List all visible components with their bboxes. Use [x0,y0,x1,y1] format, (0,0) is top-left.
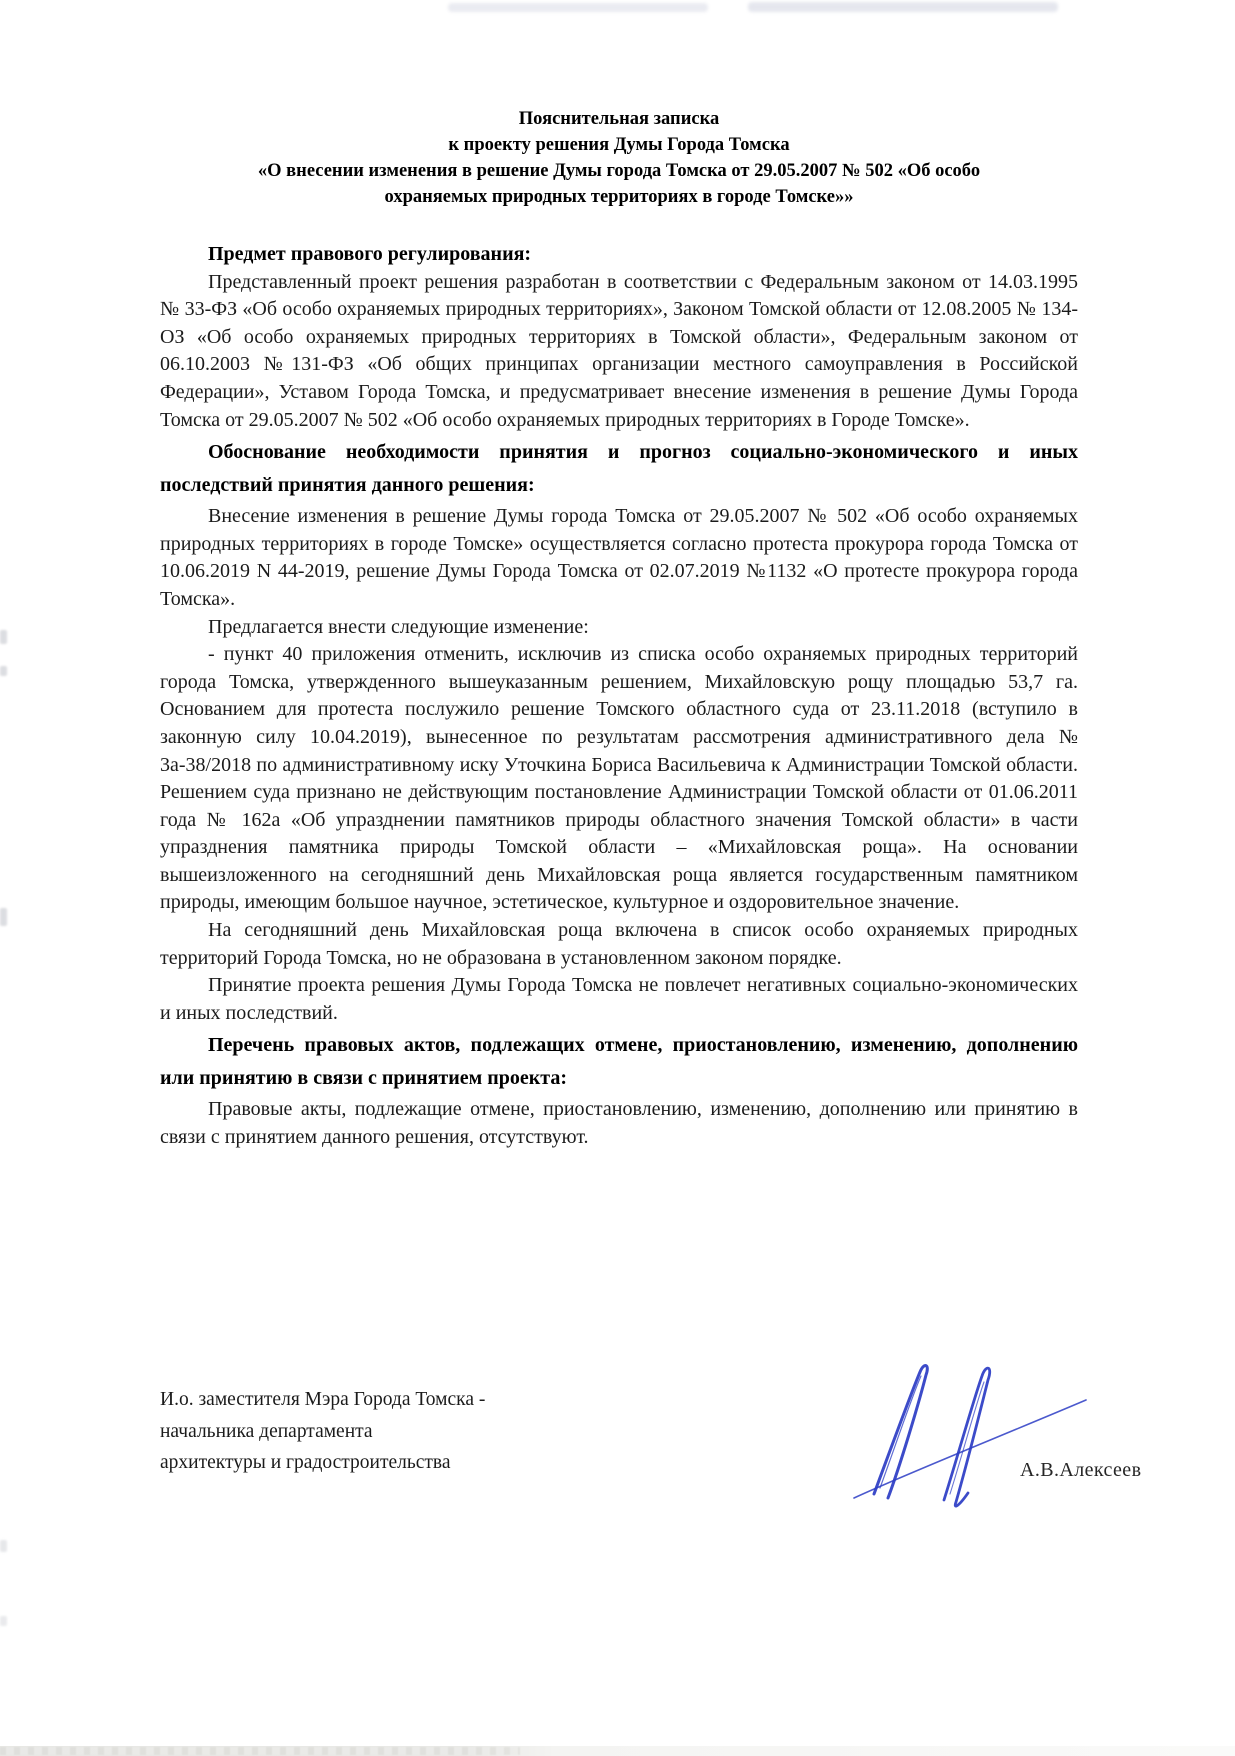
document-paragraph: Перечень правовых актов, подлежащих отме… [160,1029,1078,1094]
scan-artifact-edge [0,908,7,926]
document-paragraph: Принятие проекта решения Думы Города Том… [160,972,1078,1027]
signatory-name: А.В.Алексеев [1020,1459,1141,1482]
document-paragraph: Предмет правового регулирования: [160,241,1078,269]
signature-position-line: архитектуры и градостроительства [160,1447,485,1479]
title-line: к проекту решения Думы Города Томска [160,132,1078,158]
document-paragraph: Предлагается внести следующие изменение: [160,614,1078,642]
document-title: Пояснительная записка к проекту решения … [160,106,1078,210]
document-paragraph: Правовые акты, подлежащие отмене, приост… [160,1096,1078,1151]
title-line: охраняемых природных территориях в город… [160,184,1078,210]
signature-position-line: начальника департамента [160,1416,485,1448]
scan-artifact-edge [0,1616,7,1626]
document-paragraph: Представленный проект решения разработан… [160,269,1078,435]
document-page: Пояснительная записка к проекту решения … [0,0,1235,1756]
document-paragraph: На сегодняшний день Михайловская роща вк… [160,917,1078,972]
scan-artifact-top [748,2,1058,12]
document-paragraph: Внесение изменения в решение Думы города… [160,503,1078,613]
signature-ink [836,1356,1106,1508]
scan-artifact-bottom [0,1746,1235,1756]
document-paragraph: - пункт 40 приложения отменить, исключив… [160,641,1078,917]
scan-artifact-edge [0,1540,7,1552]
scan-artifact-top [448,3,708,12]
signature-position-line: И.о. заместителя Мэра Города Томска - [160,1384,485,1416]
document-paragraph: Обоснование необходимости принятия и про… [160,436,1078,501]
title-line: «О внесении изменения в решение Думы гор… [160,158,1078,184]
document-body: Предмет правового регулирования: Предста… [160,241,1078,1152]
document-content: Пояснительная записка к проекту решения … [160,106,1078,1152]
scan-artifact-bottom [0,1747,520,1755]
title-line: Пояснительная записка [160,106,1078,132]
scan-artifact-edge [0,666,7,676]
scan-artifact-edge [0,630,7,644]
signatory-position: И.о. заместителя Мэра Города Томска - на… [160,1384,485,1479]
